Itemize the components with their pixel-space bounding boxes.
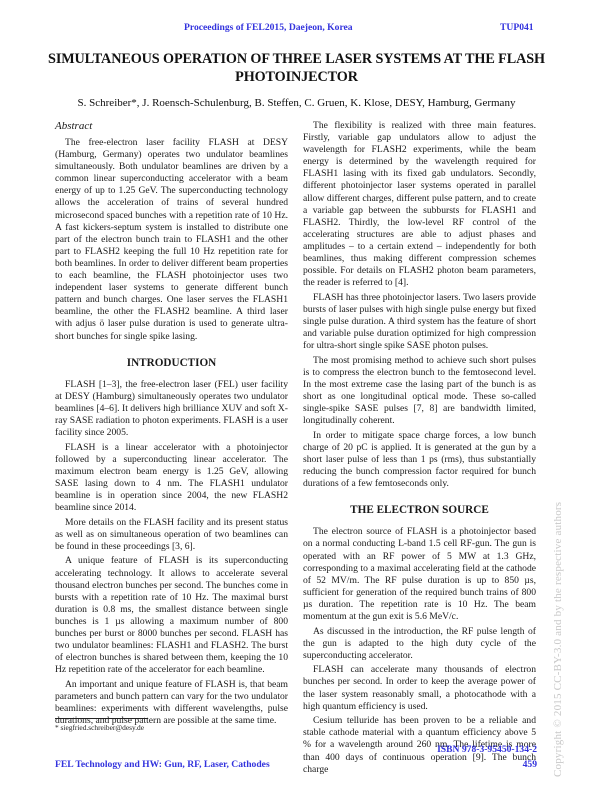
paragraph: FLASH [1–3], the free-electron laser (FE… — [55, 379, 288, 439]
paragraph: FLASH is a linear accelerator with a pho… — [55, 442, 288, 515]
paragraph: A unique feature of FLASH is its superco… — [55, 555, 288, 676]
footer-isbn: ISBN 978-3-95450-134-2 — [437, 744, 537, 755]
abstract-text: The free-electron laser facility FLASH a… — [55, 137, 288, 343]
paragraph: More details on the FLASH facility and i… — [55, 517, 288, 553]
paper-title: SIMULTANEOUS OPERATION OF THREE LASER SY… — [40, 50, 553, 86]
paragraph: The electron source of FLASH is a photoi… — [303, 526, 536, 623]
left-column: Abstract The free-electron laser facilit… — [55, 120, 288, 730]
page-number: 459 — [523, 759, 537, 770]
paragraph: In order to mitigate space charge forces… — [303, 430, 536, 490]
paragraph: As discussed in the introduction, the RF… — [303, 626, 536, 662]
abstract-heading: Abstract — [55, 120, 288, 133]
paragraph: An important and unique feature of FLASH… — [55, 679, 288, 727]
paragraph: The most promising method to achieve suc… — [303, 355, 536, 428]
copyright-watermark: Copyright © 2015 CC-BY-3.0 and by the re… — [552, 502, 564, 777]
right-column: The flexibility is realized with three m… — [303, 120, 536, 778]
footnote-divider — [55, 718, 148, 719]
author-list: S. Schreiber*, J. Roensch-Schulenburg, B… — [40, 97, 553, 109]
footer-track-name: FEL Technology and HW: Gun, RF, Laser, C… — [55, 759, 270, 770]
paragraph: FLASH has three photoinjector lasers. Tw… — [303, 292, 536, 352]
footnote-email: * siegfried.schreiber@desy.de — [55, 723, 144, 732]
paragraph: FLASH can accelerate many thousands of e… — [303, 664, 536, 712]
running-header-paper-id: TUP041 — [500, 22, 534, 33]
paragraph: The flexibility is realized with three m… — [303, 120, 536, 289]
section-heading-introduction: INTRODUCTION — [55, 357, 288, 370]
running-header-conference: Proceedings of FEL2015, Daejeon, Korea — [184, 22, 353, 33]
section-heading-electron-source: THE ELECTRON SOURCE — [303, 504, 536, 517]
